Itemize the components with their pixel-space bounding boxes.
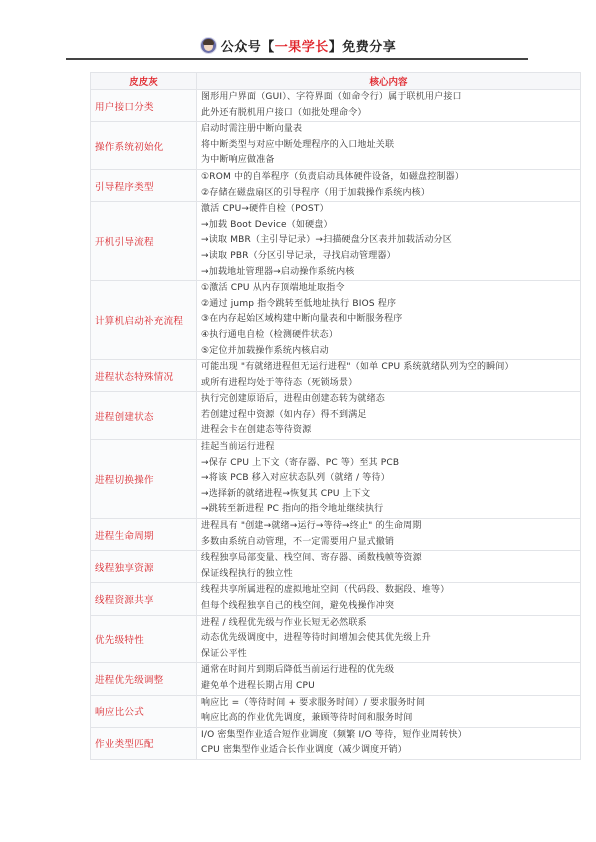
content-line: 启动时需注册中断向量表 (201, 122, 580, 138)
table-row: 响应比公式响应比 =（等待时间 + 要求服务时间）/ 要求服务时间响应比高的作业… (91, 695, 581, 727)
header-brand: 一果学长 (275, 40, 329, 55)
content-line: 可能出现 "有就绪进程但无运行进程"（如单 CPU 系统就绪队列为空的瞬间） (201, 360, 580, 376)
content-line: →读取 PBR（分区引导记录，寻找启动管理器） (201, 249, 580, 265)
avatar-icon (200, 37, 217, 54)
header-divider (66, 58, 528, 60)
content-line: 响应比高的作业优先调度，兼顾等待时间和服务时间 (201, 711, 580, 727)
content-line: 进程具有 "创建→就绪→运行→等待→终止" 的生命周期 (201, 519, 580, 535)
content-line: 但每个线程独享自己的栈空间，避免栈操作冲突 (201, 599, 580, 615)
content-line: 通常在时间片到期后降低当前运行进程的优先级 (201, 663, 580, 679)
row-content: 挂起当前运行进程→保存 CPU 上下文（寄存器、PC 等）至其 PCB→将该 P… (197, 440, 581, 519)
content-line: CPU 密集型作业适合长作业调度（减少调度开销） (201, 743, 580, 759)
row-category: 响应比公式 (91, 695, 197, 727)
row-category: 线程资源共享 (91, 583, 197, 615)
header-title: 公众号【一果学长】免费分享 (221, 36, 397, 55)
content-line: 或所有进程均处于等待态（死锁场景） (201, 376, 580, 392)
row-category: 开机引导流程 (91, 202, 197, 281)
row-category: 用户接口分类 (91, 90, 197, 122)
content-line: 执行完创建原语后，进程由创建态转为就绪态 (201, 392, 580, 408)
content-line: →加载地址管理器→启动操作系统内核 (201, 265, 580, 281)
content-line: ①激活 CPU 从内存顶端地址取指令 (201, 281, 580, 297)
content-line: I/O 密集型作业适合短作业调度（频繁 I/O 等待，短作业周转快） (201, 728, 580, 744)
content-line: 进程会卡在创建态等待资源 (201, 423, 580, 439)
row-category: 进程生命周期 (91, 519, 197, 551)
content-line: ④执行通电自检（检测硬件状态） (201, 328, 580, 344)
table-row: 操作系统初始化启动时需注册中断向量表将中断类型与对应中断处理程序的入口地址关联为… (91, 122, 581, 170)
content-line: 挂起当前运行进程 (201, 440, 580, 456)
row-content: 进程 / 线程优先级与作业长短无必然联系动态优先级调度中，进程等待时间增加会使其… (197, 615, 581, 663)
row-category: 计算机启动补充流程 (91, 281, 197, 360)
table-row: 进程切换操作挂起当前运行进程→保存 CPU 上下文（寄存器、PC 等）至其 PC… (91, 440, 581, 519)
content-line: ③在内存起始区域构建中断向量表和中断服务程序 (201, 312, 580, 328)
content-line: 多数由系统自动管理，不一定需要用户显式撤销 (201, 535, 580, 551)
row-category: 进程状态特殊情况 (91, 360, 197, 392)
row-content: I/O 密集型作业适合短作业调度（频繁 I/O 等待，短作业周转快）CPU 密集… (197, 727, 581, 759)
content-line: 保证公平性 (201, 647, 580, 663)
row-content: 可能出现 "有就绪进程但无运行进程"（如单 CPU 系统就绪队列为空的瞬间）或所… (197, 360, 581, 392)
header-title-group: 公众号【一果学长】免费分享 (200, 36, 397, 55)
content-line: 此外还有脱机用户接口（如批处理命令） (201, 106, 580, 122)
table-row: 进程优先级调整通常在时间片到期后降低当前运行进程的优先级避免单个进程长期占用 C… (91, 663, 581, 695)
content-line: 若创建过程中资源（如内存）得不到满足 (201, 408, 580, 424)
content-line: 图形用户界面（GUI）、字符界面（如命令行）属于联机用户接口 (201, 90, 580, 106)
row-category: 进程创建状态 (91, 392, 197, 440)
table-row: 进程生命周期进程具有 "创建→就绪→运行→等待→终止" 的生命周期多数由系统自动… (91, 519, 581, 551)
content-line: 线程独享局部变量、栈空间、寄存器、函数栈帧等资源 (201, 551, 580, 567)
column-header-category: 皮皮灰 (91, 73, 197, 90)
content-line: ②通过 jump 指令跳转至低地址执行 BIOS 程序 (201, 297, 580, 313)
table-row: 用户接口分类图形用户界面（GUI）、字符界面（如命令行）属于联机用户接口此外还有… (91, 90, 581, 122)
content-line: ⑤定位并加载操作系统内核启动 (201, 344, 580, 360)
content-line: 将中断类型与对应中断处理程序的入口地址关联 (201, 138, 580, 154)
table-row: 线程资源共享线程共享所属进程的虚拟地址空间（代码段、数据段、堆等）但每个线程独享… (91, 583, 581, 615)
content-line: →读取 MBR（主引导记录）→扫描硬盘分区表并加载活动分区 (201, 233, 580, 249)
row-category: 引导程序类型 (91, 169, 197, 201)
row-category: 优先级特性 (91, 615, 197, 663)
row-content: 启动时需注册中断向量表将中断类型与对应中断处理程序的入口地址关联为中断响应做准备 (197, 122, 581, 170)
table-row: 优先级特性进程 / 线程优先级与作业长短无必然联系动态优先级调度中，进程等待时间… (91, 615, 581, 663)
content-line: 线程共享所属进程的虚拟地址空间（代码段、数据段、堆等） (201, 583, 580, 599)
content-line: ②存储在磁盘扇区的引导程序（用于加载操作系统内核） (201, 186, 580, 202)
row-content: ①激活 CPU 从内存顶端地址取指令②通过 jump 指令跳转至低地址执行 BI… (197, 281, 581, 360)
table-row: 进程状态特殊情况可能出现 "有就绪进程但无运行进程"（如单 CPU 系统就绪队列… (91, 360, 581, 392)
row-content: 线程独享局部变量、栈空间、寄存器、函数栈帧等资源保证线程执行的独立性 (197, 551, 581, 583)
content-line: 避免单个进程长期占用 CPU (201, 679, 580, 695)
content-line: 响应比 =（等待时间 + 要求服务时间）/ 要求服务时间 (201, 696, 580, 712)
table-row: 作业类型匹配I/O 密集型作业适合短作业调度（频繁 I/O 等待，短作业周转快）… (91, 727, 581, 759)
content-table: 皮皮灰 核心内容 用户接口分类图形用户界面（GUI）、字符界面（如命令行）属于联… (90, 72, 581, 760)
row-category: 线程独享资源 (91, 551, 197, 583)
content-line: →加载 Boot Device（如硬盘） (201, 218, 580, 234)
table-header-row: 皮皮灰 核心内容 (91, 73, 581, 90)
content-line: →选择新的就绪进程→恢复其 CPU 上下文 (201, 487, 580, 503)
header-title-suffix: 】免费分享 (329, 40, 397, 55)
content-line: →跳转至新进程 PC 指向的指令地址继续执行 (201, 502, 580, 518)
content-line: →将该 PCB 移入对应状态队列（就绪 / 等待） (201, 471, 580, 487)
row-content: 线程共享所属进程的虚拟地址空间（代码段、数据段、堆等）但每个线程独享自己的栈空间… (197, 583, 581, 615)
table-row: 引导程序类型①ROM 中的自举程序（负责启动具体硬件设备，如磁盘控制器）②存储在… (91, 169, 581, 201)
table-body: 用户接口分类图形用户界面（GUI）、字符界面（如命令行）属于联机用户接口此外还有… (91, 90, 581, 760)
row-content: 激活 CPU→硬件自检（POST）→加载 Boot Device（如硬盘）→读取… (197, 202, 581, 281)
content-line: 为中断响应做准备 (201, 153, 580, 169)
column-header-content: 核心内容 (197, 73, 581, 90)
row-content: 图形用户界面（GUI）、字符界面（如命令行）属于联机用户接口此外还有脱机用户接口… (197, 90, 581, 122)
row-category: 操作系统初始化 (91, 122, 197, 170)
content-line: 保证线程执行的独立性 (201, 567, 580, 583)
content-table-wrapper: 皮皮灰 核心内容 用户接口分类图形用户界面（GUI）、字符界面（如命令行）属于联… (90, 72, 580, 760)
content-line: 动态优先级调度中，进程等待时间增加会使其优先级上升 (201, 631, 580, 647)
avatar-hair (203, 39, 214, 45)
row-content: ①ROM 中的自举程序（负责启动具体硬件设备，如磁盘控制器）②存储在磁盘扇区的引… (197, 169, 581, 201)
row-content: 进程具有 "创建→就绪→运行→等待→终止" 的生命周期多数由系统自动管理，不一定… (197, 519, 581, 551)
header-title-prefix: 公众号【 (221, 40, 275, 55)
content-line: ①ROM 中的自举程序（负责启动具体硬件设备，如磁盘控制器） (201, 170, 580, 186)
content-line: 进程 / 线程优先级与作业长短无必然联系 (201, 616, 580, 632)
page-header: 公众号【一果学长】免费分享 (0, 34, 596, 56)
row-content: 通常在时间片到期后降低当前运行进程的优先级避免单个进程长期占用 CPU (197, 663, 581, 695)
row-category: 进程优先级调整 (91, 663, 197, 695)
row-category: 作业类型匹配 (91, 727, 197, 759)
row-content: 执行完创建原语后，进程由创建态转为就绪态若创建过程中资源（如内存）得不到满足进程… (197, 392, 581, 440)
table-row: 计算机启动补充流程①激活 CPU 从内存顶端地址取指令②通过 jump 指令跳转… (91, 281, 581, 360)
row-content: 响应比 =（等待时间 + 要求服务时间）/ 要求服务时间响应比高的作业优先调度，… (197, 695, 581, 727)
row-category: 进程切换操作 (91, 440, 197, 519)
table-row: 进程创建状态执行完创建原语后，进程由创建态转为就绪态若创建过程中资源（如内存）得… (91, 392, 581, 440)
content-line: →保存 CPU 上下文（寄存器、PC 等）至其 PCB (201, 456, 580, 472)
table-row: 线程独享资源线程独享局部变量、栈空间、寄存器、函数栈帧等资源保证线程执行的独立性 (91, 551, 581, 583)
content-line: 激活 CPU→硬件自检（POST） (201, 202, 580, 218)
table-row: 开机引导流程激活 CPU→硬件自检（POST）→加载 Boot Device（如… (91, 202, 581, 281)
